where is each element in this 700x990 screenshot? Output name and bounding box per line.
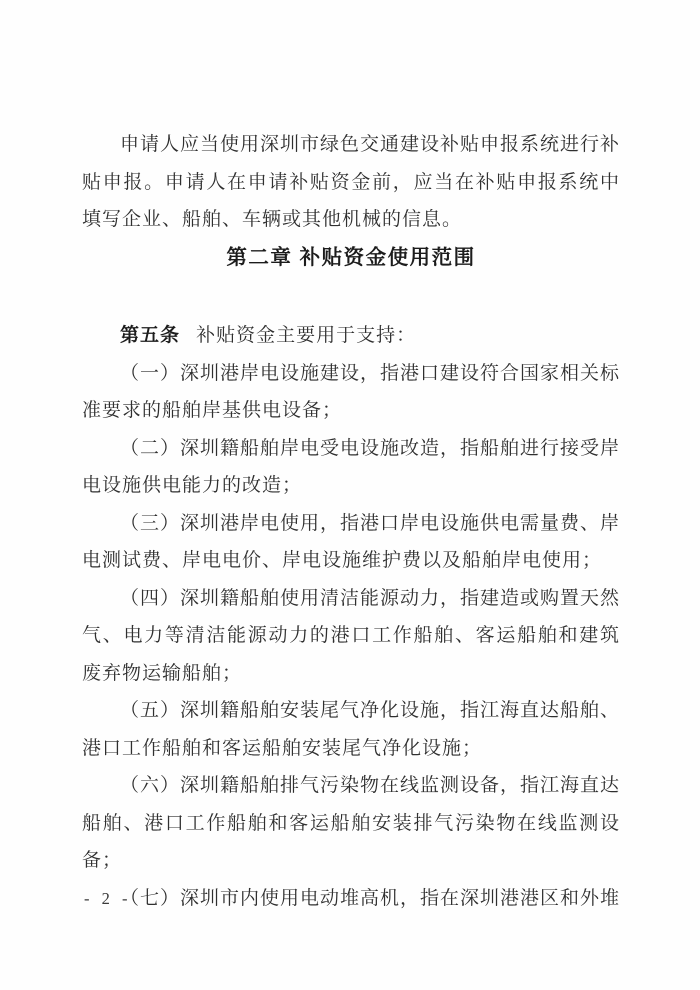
article-item-4: （四）深圳籍船舶使用清洁能源动力，指建造或购置天然气、电力等清洁能源动力的港口工… (82, 580, 620, 693)
article-item-1: （一）深圳港岸电设施建设，指港口建设符合国家相关标准要求的船舶岸基供电设备； (82, 355, 620, 430)
document-page: 申请人应当使用深圳市绿色交通建设补贴申报系统进行补贴申报。申请人在申请补贴资金前… (0, 0, 700, 990)
article-item-6: （六）深圳籍船舶排气污染物在线监测设备，指江海直达船舶、港口工作船舶和客运船舶安… (82, 767, 620, 880)
article-five-lead: 第五条补贴资金主要用于支持： (82, 317, 620, 355)
article-item-3: （三）深圳港岸电使用，指港口岸电设施供电需量费、岸电测试费、岸电电价、岸电设施维… (82, 505, 620, 580)
article-item-5: （五）深圳籍船舶安装尾气净化设施，指江海直达船舶、港口工作船舶和客运船舶安装尾气… (82, 692, 620, 767)
article-item-7: （七）深圳市内使用电动堆高机，指在深圳港港区和外堆 (82, 880, 620, 918)
page-number: - 2 - (84, 889, 132, 909)
article-number: 第五条 (120, 325, 180, 346)
chapter-heading: 第二章 补贴资金使用范围 (82, 239, 620, 277)
article-item-2: （二）深圳籍船舶岸电受电设施改造，指船舶进行接受岸电设施供电能力的改造； (82, 430, 620, 505)
document-body: 申请人应当使用深圳市绿色交通建设补贴申报系统进行补贴申报。申请人在申请补贴资金前… (82, 126, 620, 917)
article-lead-text: 补贴资金主要用于支持： (196, 325, 416, 346)
intro-paragraph: 申请人应当使用深圳市绿色交通建设补贴申报系统进行补贴申报。申请人在申请补贴资金前… (82, 126, 620, 239)
